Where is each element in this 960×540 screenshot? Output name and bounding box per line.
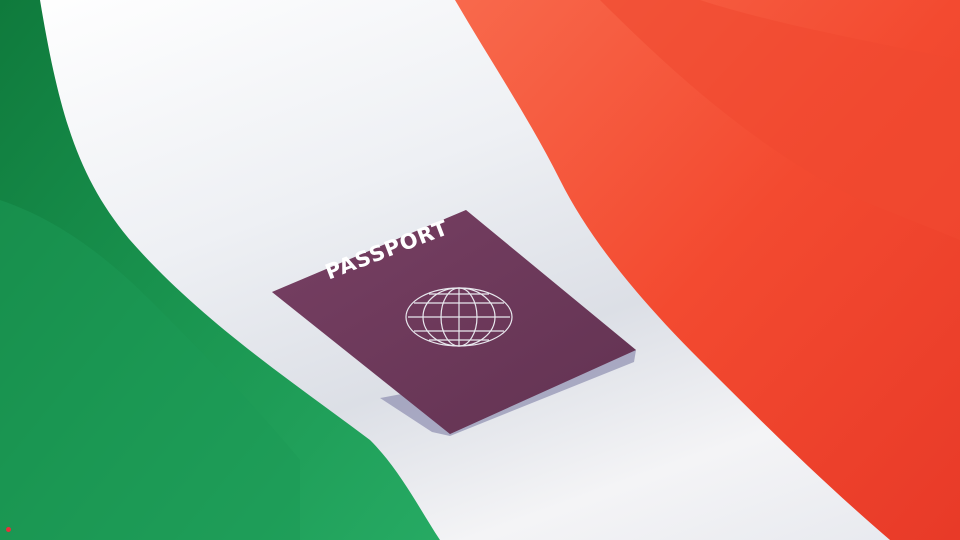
passport-booklet (0, 0, 960, 540)
photo: PASSPORT (0, 0, 960, 540)
globe-icon (404, 286, 514, 348)
red-marker-dot (6, 527, 11, 532)
